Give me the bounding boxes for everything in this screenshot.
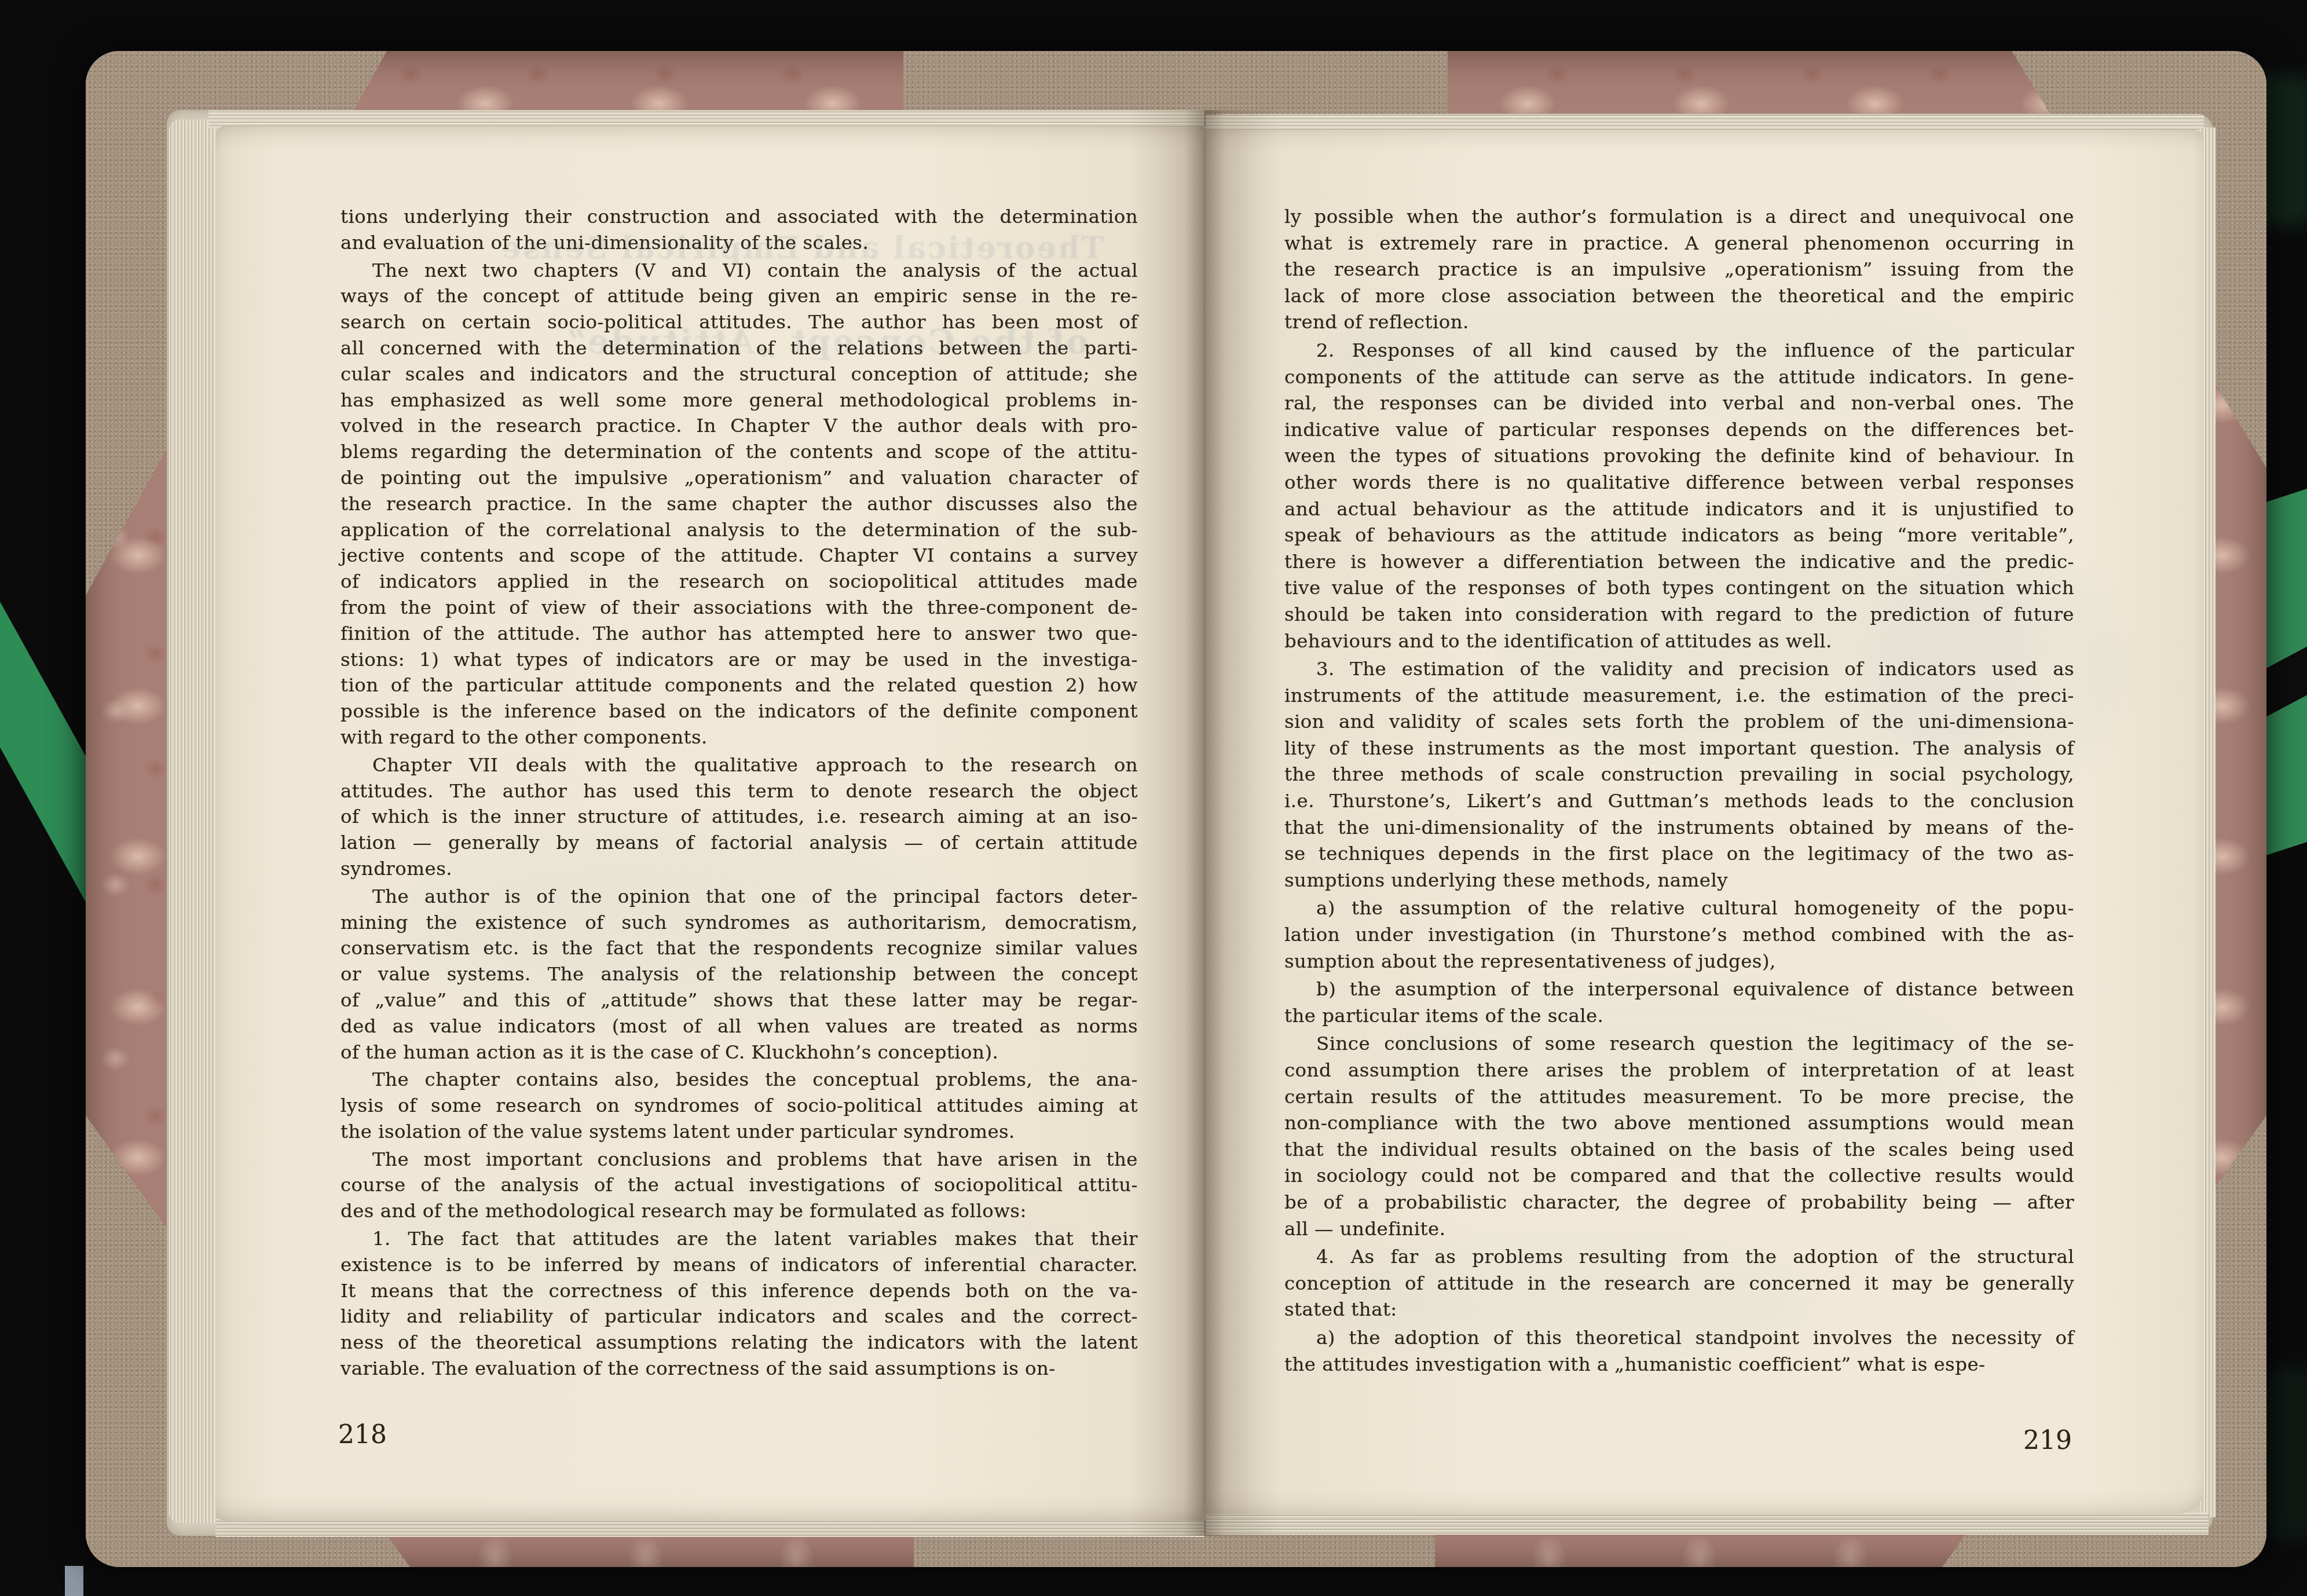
green-tint-bottom-right [2265, 1367, 2307, 1540]
text-line: in sociology could not be compared and t… [1284, 1163, 2074, 1189]
text-line: speak of behaviours as the attitude indi… [1284, 522, 2074, 549]
text-line: The most important conclusions and probl… [340, 1147, 1138, 1173]
text-line: instruments of the attitude measurement,… [1284, 683, 2074, 709]
text-line: Since conclusions of some research quest… [1284, 1031, 2074, 1057]
text-line: cond assumption there arises the problem… [1284, 1057, 2074, 1084]
text-line: stions: 1) what types of indicators are … [340, 647, 1138, 673]
text-line: tion of the particular attitude componen… [340, 672, 1138, 698]
text-line: or value systems. The analysis of the re… [340, 961, 1138, 987]
left-page-top-edges [208, 110, 1204, 127]
text-line: application of the correlational analysi… [340, 517, 1138, 543]
paragraph: Since conclusions of some research quest… [1284, 1031, 2074, 1242]
text-line: the isolation of the value systems laten… [340, 1119, 1138, 1145]
right-page-top-edges [1206, 115, 2204, 131]
text-line: The chapter contains also, besides the c… [340, 1067, 1138, 1093]
text-line: des and of the methodological research m… [340, 1198, 1138, 1224]
text-line: ween the types of situations provoking t… [1284, 443, 2074, 470]
text-line: trend of reflection. [1284, 309, 2074, 336]
page-number-right: 219 [1985, 1426, 2072, 1455]
paragraph: The author is of the opinion that one of… [340, 884, 1138, 1066]
text-line: what is extremely rare in practice. A ge… [1284, 230, 2074, 257]
text-line: other words there is no qualitative diff… [1284, 470, 2074, 496]
text-line: lysis of some research on syndromes of s… [340, 1093, 1138, 1119]
text-line: with regard to the other components. [340, 724, 1138, 751]
text-line: from the point of view of their associat… [340, 595, 1138, 621]
text-line: be of a probabilistic character, the deg… [1284, 1189, 2074, 1216]
text-line: stated that: [1284, 1297, 2074, 1323]
paragraph: Chapter VII deals with the qualitative a… [340, 752, 1138, 882]
paragraph: The next two chapters (V and VI) contain… [340, 258, 1138, 751]
paragraph: The chapter contains also, besides the c… [340, 1067, 1138, 1144]
text-line: has emphasized as well some more general… [340, 387, 1138, 413]
text-line: lation under investigation (in Thurstone… [1284, 922, 2074, 949]
text-line: the research practice. In the same chapt… [340, 491, 1138, 517]
paragraph: The most important conclusions and probl… [340, 1147, 1138, 1224]
text-line: lation — generally by means of factorial… [340, 830, 1138, 856]
text-line: lity of these instruments as the most im… [1284, 735, 2074, 762]
paragraph: 1. The fact that attitudes are the laten… [340, 1226, 1138, 1382]
text-line: syndromes. [340, 856, 1138, 882]
text-line: ly possible when the author’s formulatio… [1284, 204, 2074, 230]
text-line: that the individual results obtained on … [1284, 1137, 2074, 1163]
text-line: indicative value of particular responses… [1284, 417, 2074, 444]
text-line: and actual behaviour as the attitude ind… [1284, 496, 2074, 523]
text-line: all concerned with the determination of … [340, 335, 1138, 361]
text-line: 2. Responses of all kind caused by the i… [1284, 338, 2074, 364]
text-line: ral, the responses can be divided into v… [1284, 390, 2074, 417]
text-line: sumption about the representativeness of… [1284, 949, 2074, 975]
gray-tab [65, 1566, 83, 1596]
text-line: of the human action as it is the case of… [340, 1039, 1138, 1066]
text-line: The author is of the opinion that one of… [340, 884, 1138, 910]
paragraph: a) the assumption of the relative cultur… [1284, 895, 2074, 975]
paragraph: 4. As far as problems resulting from the… [1284, 1244, 2074, 1323]
text-line: attitudes. The author has used this term… [340, 778, 1138, 804]
text-line: conception of attitude in the research a… [1284, 1271, 2074, 1297]
text-line: lidity and reliability of particular ind… [340, 1304, 1138, 1330]
right-page-bottom-edges [1206, 1513, 2209, 1535]
right-page-text: ly possible when the author’s formulatio… [1284, 204, 2074, 1379]
text-line: volved in the research practice. In Chap… [340, 413, 1138, 439]
open-book-photograph: Theoretical and Empirical Sense of the C… [0, 0, 2307, 1596]
text-line: should be taken into consideration with … [1284, 602, 2074, 628]
paragraph: a) the adoption of this theoretical stan… [1284, 1325, 2074, 1378]
text-line: the attitudes investigation with a „huma… [1284, 1352, 2074, 1378]
text-line: de pointing out the impulsive „operation… [340, 465, 1138, 491]
text-line: components of the attitude can serve as … [1284, 364, 2074, 391]
text-line: 4. As far as problems resulting from the… [1284, 1244, 2074, 1271]
text-line: search on certain socio-political attitu… [340, 309, 1138, 335]
text-line: there is however a differentiation betwe… [1284, 549, 2074, 576]
text-line: tive value of the responses of both type… [1284, 575, 2074, 602]
text-line: lack of more close association between t… [1284, 283, 2074, 310]
text-line: Chapter VII deals with the qualitative a… [340, 752, 1138, 778]
text-line: se techniques depends in the first place… [1284, 841, 2074, 867]
text-line: 3. The estimation of the validity and pr… [1284, 656, 2074, 683]
page-number-left: 218 [338, 1420, 387, 1449]
text-line: The next two chapters (V and VI) contain… [340, 258, 1138, 284]
left-page-text: tions underlying their construction and … [340, 204, 1138, 1383]
paragraph: tions underlying their construction and … [340, 204, 1138, 256]
text-line: course of the analysis of the actual inv… [340, 1172, 1138, 1198]
text-line: jective contents and scope of the attitu… [340, 543, 1138, 569]
paragraph: ly possible when the author’s formulatio… [1284, 204, 2074, 336]
text-line: the research practice is an impulsive „o… [1284, 257, 2074, 283]
text-line: b) the asumption of the interpersonal eq… [1284, 976, 2074, 1003]
book-gutter-shadow [1129, 110, 1280, 1536]
text-line: sion and validity of scales sets forth t… [1284, 709, 2074, 735]
text-line: ded as value indicators (most of all whe… [340, 1013, 1138, 1039]
text-line: possible is the inference based on the i… [340, 698, 1138, 724]
text-line: non-compliance with the two above mentio… [1284, 1110, 2074, 1137]
text-line: cular scales and indicators and the stru… [340, 361, 1138, 387]
text-line: a) the assumption of the relative cultur… [1284, 895, 2074, 922]
text-line: a) the adoption of this theoretical stan… [1284, 1325, 2074, 1352]
text-line: 1. The fact that attitudes are the laten… [340, 1226, 1138, 1252]
text-line: tions underlying their construction and … [340, 204, 1138, 230]
text-line: sumptions underlying these methods, name… [1284, 867, 2074, 894]
left-page-fanned-edges [169, 119, 215, 1523]
text-line: existence is to be inferred by means of … [340, 1252, 1138, 1278]
text-line: and evaluation of the uni-dimensionality… [340, 230, 1138, 256]
text-line: the particular items of the scale. [1284, 1003, 2074, 1030]
text-line: of „value” and this of „attitude” shows … [340, 987, 1138, 1013]
text-line: finition of the attitude. The author has… [340, 621, 1138, 647]
text-line: certain results of the attitudes measure… [1284, 1084, 2074, 1111]
text-line: of which is the inner structure of attit… [340, 804, 1138, 830]
text-line: blems regarding the determination of the… [340, 439, 1138, 465]
text-line: It means that the correctness of this in… [340, 1278, 1138, 1304]
text-line: i.e. Thurstone’s, Likert’s and Guttman’s… [1284, 788, 2074, 815]
text-line: ness of the theoretical assumptions rela… [340, 1330, 1138, 1356]
text-line: variable. The evaluation of the correctn… [340, 1356, 1138, 1382]
text-line: that the uni-dimensionality of the instr… [1284, 815, 2074, 841]
text-line: ways of the concept of attitude being gi… [340, 283, 1138, 309]
text-line: all — undefinite. [1284, 1216, 2074, 1243]
text-line: the three methods of scale construction … [1284, 762, 2074, 788]
text-line: behaviours and to the identification of … [1284, 628, 2074, 655]
paragraph: b) the asumption of the interpersonal eq… [1284, 976, 2074, 1029]
text-line: mining the existence of such syndromes a… [340, 910, 1138, 936]
paragraph: 3. The estimation of the validity and pr… [1284, 656, 2074, 894]
paragraph: 2. Responses of all kind caused by the i… [1284, 338, 2074, 654]
text-line: of indicators applied in the research on… [340, 569, 1138, 595]
text-line: conservatism etc. is the fact that the r… [340, 935, 1138, 961]
